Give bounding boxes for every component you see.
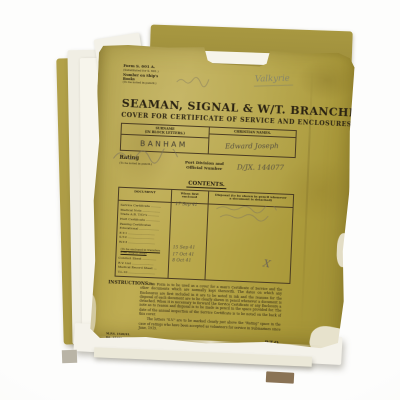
christian-handwriting: Edward Joseph — [225, 141, 279, 150]
contents-heading: CONTENTS. — [186, 181, 227, 190]
enclosed-date: 15 Sep 41 — [172, 246, 194, 253]
disposal-column: Disposal (to be shown in pencil whenever… — [204, 191, 293, 282]
enclosed-date: 8 Oct 41 — [172, 259, 194, 266]
instructions-paragraph-1: This Form is to be used as a cover for a… — [139, 282, 282, 322]
rating-label-block: Rating (To be noted in pencil.) — [119, 155, 178, 177]
ship-name-handwriting: Valkyrie — [254, 74, 293, 87]
document-item: T.L.10 ........................... — [118, 270, 167, 277]
rating-pencil-scribble — [111, 146, 184, 165]
paper-tab — [266, 371, 295, 383]
official-number-handwriting: D/JX. 144077 — [237, 163, 284, 180]
form-number-block: Form S. 601 A. (Substituted for S. 601.)… — [123, 64, 220, 89]
enclosed-dates-handwriting: 15 Sep 41 17 Oct 41 8 Oct 41 — [172, 245, 195, 266]
pencil-scribble — [175, 74, 213, 88]
folder-cover: Form S. 601 A. (Substituted for S. 601.)… — [86, 41, 356, 352]
port-division-line2: Official Number — [186, 165, 222, 172]
disposal-pencil-scrawl — [212, 204, 285, 225]
rating-row: Rating (To be noted in pencil.) Port Div… — [119, 155, 296, 182]
enclosed-date-handwriting: 17 Sep 41 — [175, 202, 198, 208]
enclosed-column: When first enclosed 17 Sep 41 15 Sep 41 … — [167, 190, 208, 279]
instructions-heading: INSTRUCTIONS.— — [108, 280, 154, 287]
port-division-label: Port Division and Official Number — [177, 159, 232, 179]
instructions-section: INSTRUCTIONS.— This Form is to be used a… — [112, 281, 290, 336]
document-item: W.T.3 ........................... — [119, 240, 168, 247]
disposal-header-line2: a document is detached) — [229, 197, 272, 203]
paper-tab — [62, 350, 77, 364]
document-list: Service Certificate .......... Medical N… — [116, 201, 171, 277]
document-column: DOCUMENT Service Certificate .......... … — [116, 188, 171, 278]
contents-table: DOCUMENT Service Certificate .......... … — [115, 187, 295, 284]
disposal-x-mark: X — [262, 258, 271, 270]
christian-value-cell: Edward Joseph — [208, 134, 295, 157]
worn-edge — [336, 233, 352, 268]
form-header-row: Form S. 601 A. (Substituted for S. 601.)… — [122, 64, 299, 101]
surname-header-line2: (IN BLOCK LETTERS.) — [145, 130, 185, 136]
christian-column: CHRISTIAN NAMES. Edward Joseph — [207, 127, 296, 157]
photo-canvas: Form S. 601 A. (Substituted for S. 601.)… — [0, 0, 400, 400]
printed-form: Form S. 601 A. (Substituted for S. 601.)… — [112, 64, 299, 347]
